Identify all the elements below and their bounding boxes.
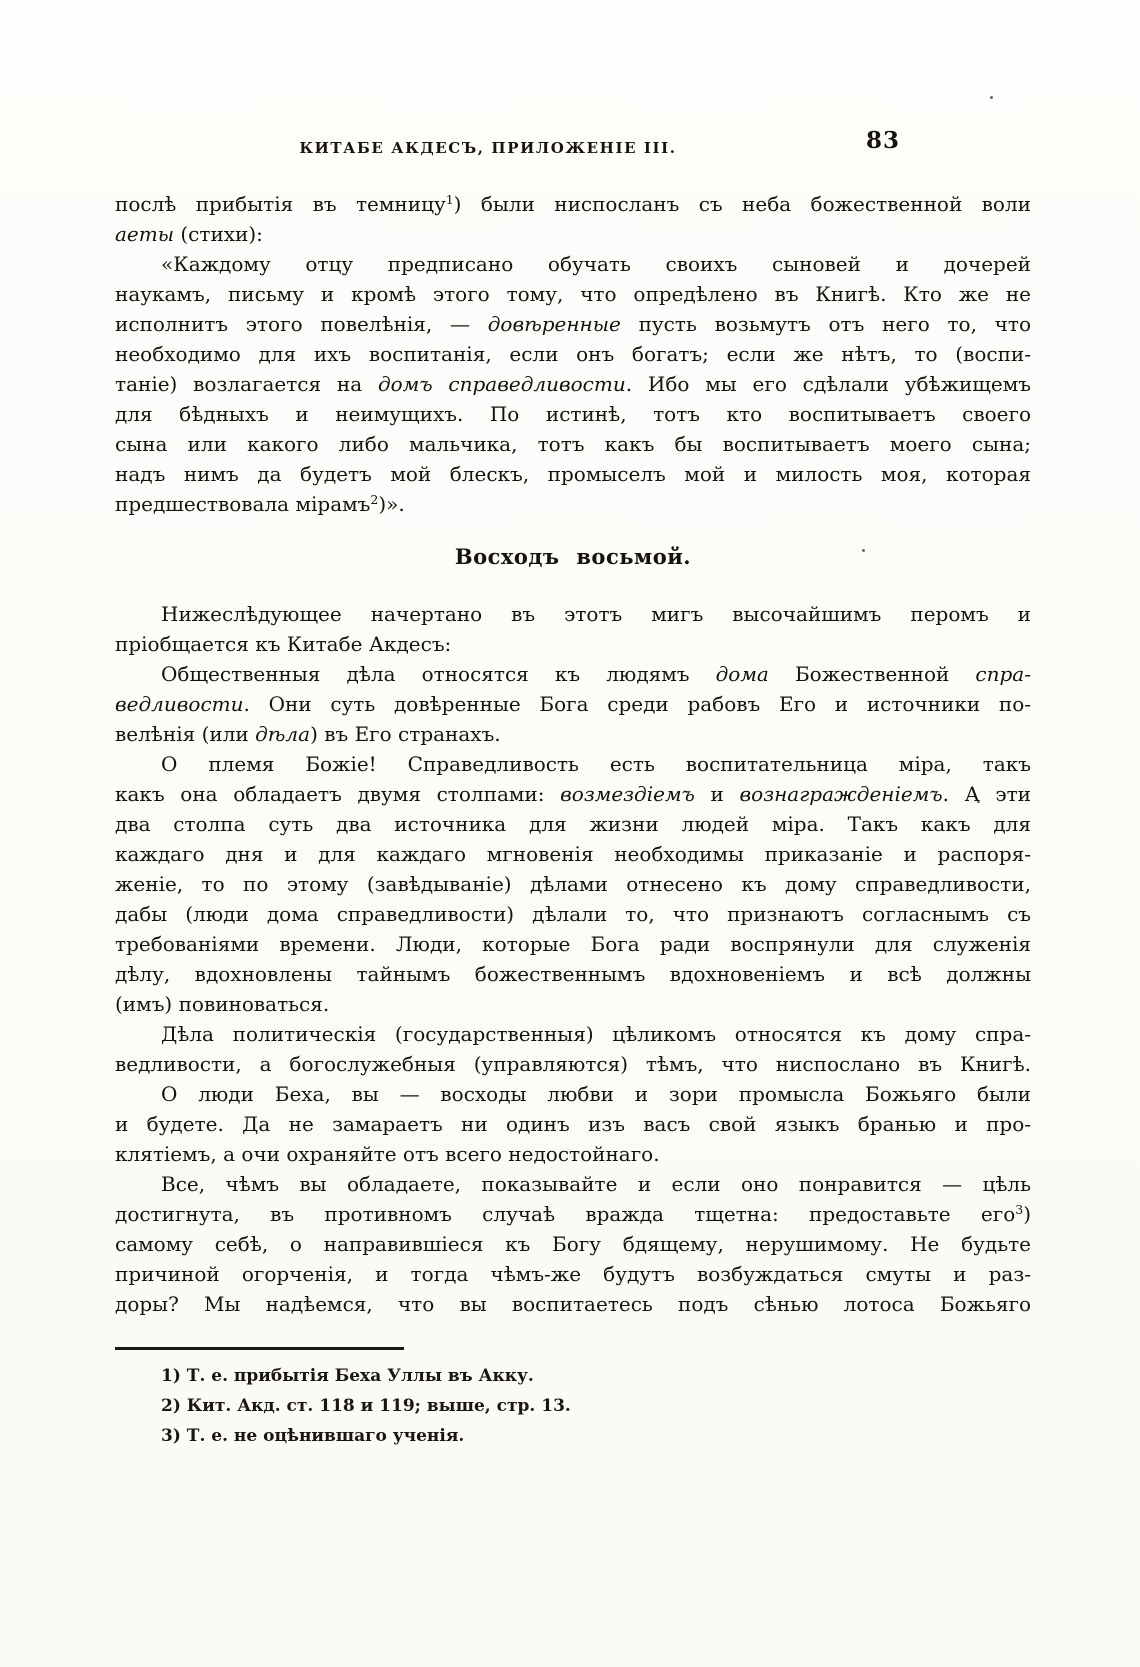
text-run: . А эти (943, 782, 1031, 806)
text-run: велѣнія (или (115, 722, 255, 746)
text-line: дѣлу, вдохновлены тайнымъ божественнымъ … (115, 959, 1031, 989)
italic-run: аеты (115, 222, 174, 246)
footnotes-section: 1) Т. е. прибытія Беха Уллы въ Акку.2) К… (115, 1347, 1031, 1451)
running-header-title: КИТАБЕ АКДЕСЪ, ПРИЛОЖЕНІЕ III. (299, 139, 676, 157)
text-run: пріобщается къ Китабе Акдесъ: (115, 632, 451, 656)
footnote: 2) Кит. Акд. ст. 118 и 119; выше, стр. 1… (115, 1391, 1031, 1421)
text-line: сына или какого либо мальчика, тотъ какъ… (115, 429, 1031, 459)
text-run: Общественныя дѣла относятся къ людямъ (161, 662, 716, 686)
text-line: для бѣдныхъ и неимущихъ. По истинѣ, тотъ… (115, 399, 1031, 429)
text-run: и (695, 782, 740, 806)
text-run: самому себѣ, о направившіеся къ Богу бдя… (115, 1232, 1031, 1256)
text-run: О племя Божіе! Справедливость есть воспи… (161, 752, 1031, 776)
text-line: дабы (люди дома справедливости) дѣлали т… (115, 899, 1031, 929)
text-run: сына или какого либо мальчика, тотъ какъ… (115, 432, 1031, 456)
scan-speck (918, 1032, 920, 1034)
text-run: таніе) возлагается на (115, 372, 378, 396)
text-line: О люди Беха, вы — восходы любви и зори п… (115, 1079, 1031, 1109)
text-line: достигнута, въ противномъ случаѣ вражда … (115, 1199, 1031, 1229)
text-run: каждаго дня и для каждаго мгновенія необ… (115, 842, 1031, 866)
paragraph: О люди Беха, вы — восходы любви и зори п… (115, 1079, 1031, 1169)
text-run: для бѣдныхъ и неимущихъ. По истинѣ, тотъ… (115, 402, 1031, 426)
text-run: послѣ прибытія въ темницу (115, 192, 446, 216)
text-run: ) были ниспосланъ съ неба божественной в… (454, 192, 1031, 216)
text-run: требованіями времени. Люди, которые Бога… (115, 932, 1031, 956)
text-line: женіе, то по этому (завѣдываніе) дѣлами … (115, 869, 1031, 899)
text-line: Нижеслѣдующее начертано въ этотъ мигъ вы… (115, 599, 1031, 629)
paragraph: «Каждому отцу предписано обучать своихъ … (115, 249, 1031, 519)
text-run: ) (1023, 1202, 1031, 1226)
scan-speck (862, 549, 865, 552)
text-line: требованіями времени. Люди, которые Бога… (115, 929, 1031, 959)
text-line: Общественныя дѣла относятся къ людямъ до… (115, 659, 1031, 689)
text-run: исполнитъ этого повелѣнія, — (115, 312, 488, 336)
text-line: каждаго дня и для каждаго мгновенія необ… (115, 839, 1031, 869)
italic-run: спра- (975, 662, 1031, 686)
text-run: Нижеслѣдующее начертано въ этотъ мигъ вы… (161, 602, 1031, 626)
text-run: пусть возьмутъ отъ него то, что (621, 312, 1031, 336)
text-run: Дѣла политическія (государственныя) цѣли… (161, 1022, 1031, 1046)
text-run: )». (378, 492, 404, 516)
text-line: какъ она обладаетъ двумя столпами: возме… (115, 779, 1031, 809)
text-run: дабы (люди дома справедливости) дѣлали т… (115, 902, 1031, 926)
text-line: ведливости, а богослужебныя (управляются… (115, 1049, 1031, 1079)
footnote: 3) Т. е. не оцѣнившаго ученія. (115, 1421, 1031, 1451)
text-line: предшествовала мірамъ2)». (115, 489, 1031, 519)
italic-run: довѣренные (488, 312, 621, 336)
footnote-ref: 1 (446, 192, 454, 207)
text-run: дѣлу, вдохновлены тайнымъ божественнымъ … (115, 962, 1031, 986)
text-line: ведливости. Они суть довѣренные Бога сре… (115, 689, 1031, 719)
text-run: два столпа суть два источника для жизни … (115, 812, 1031, 836)
text-line: таніе) возлагается на домъ справедливост… (115, 369, 1031, 399)
text-line: О племя Божіе! Справедливость есть воспи… (115, 749, 1031, 779)
text-line: Все, чѣмъ вы обладаете, показывайте и ес… (115, 1169, 1031, 1199)
section-heading: Восходъ восьмой. (115, 542, 1031, 572)
paragraph: Общественныя дѣла относятся къ людямъ до… (115, 659, 1031, 749)
italic-run: дѣла (255, 722, 310, 746)
text-line: аеты (стихи): (115, 219, 1031, 249)
text-run: и будете. Да не замараетъ ни одинъ изъ в… (115, 1112, 1031, 1136)
text-run: клятіемъ, а очи охраняйте отъ всего недо… (115, 1142, 660, 1166)
text-run: (имъ) повиноваться. (115, 992, 329, 1016)
italic-run: домъ справедливости (378, 372, 626, 396)
text-line: самому себѣ, о направившіеся къ Богу бдя… (115, 1229, 1031, 1259)
text-run: Все, чѣмъ вы обладаете, показывайте и ес… (161, 1172, 1031, 1196)
scan-speck (977, 801, 980, 803)
scanned-book-page: КИТАБЕ АКДЕСЪ, ПРИЛОЖЕНІЕ III. 83 послѣ … (0, 0, 1140, 1667)
paragraph: послѣ прибытія въ темницу1) были ниспосл… (115, 189, 1031, 249)
text-run: ) въ Его странахъ. (310, 722, 501, 746)
page-number: 83 (866, 127, 900, 154)
text-run: необходимо для ихъ воспитанія, если онъ … (115, 342, 1031, 366)
text-run: надъ нимъ да будетъ мой блескъ, промысел… (115, 462, 1031, 486)
page-body: послѣ прибытія въ темницу1) были ниспосл… (115, 189, 1031, 1319)
paragraph: Дѣла политическія (государственныя) цѣли… (115, 1019, 1031, 1079)
text-line: послѣ прибытія въ темницу1) были ниспосл… (115, 189, 1031, 219)
text-run: «Каждому отцу предписано обучать своихъ … (161, 252, 1031, 276)
footnote: 1) Т. е. прибытія Беха Уллы въ Акку. (115, 1361, 1031, 1391)
italic-run: возмездіемъ (560, 782, 695, 806)
text-run: предшествовала мірамъ (115, 492, 370, 516)
text-line: необходимо для ихъ воспитанія, если онъ … (115, 339, 1031, 369)
italic-run: дома (716, 662, 769, 686)
text-line: исполнитъ этого повелѣнія, — довѣренные … (115, 309, 1031, 339)
text-run: Божественной (769, 662, 976, 686)
text-line: и будете. Да не замараетъ ни одинъ изъ в… (115, 1109, 1031, 1139)
text-line: (имъ) повиноваться. (115, 989, 1031, 1019)
scan-speck (990, 96, 993, 99)
paragraph: Все, чѣмъ вы обладаете, показывайте и ес… (115, 1169, 1031, 1319)
italic-run: вознагражденіемъ (740, 782, 943, 806)
text-line: пріобщается къ Китабе Акдесъ: (115, 629, 1031, 659)
text-line: надъ нимъ да будетъ мой блескъ, промысел… (115, 459, 1031, 489)
text-line: наукамъ, письму и кромѣ этого тому, что … (115, 279, 1031, 309)
text-line: Дѣла политическія (государственныя) цѣли… (115, 1019, 1031, 1049)
italic-run: ведливости (115, 692, 244, 716)
text-run: женіе, то по этому (завѣдываніе) дѣлами … (115, 872, 1031, 896)
text-run: ведливости, а богослужебныя (управляются… (115, 1052, 1031, 1076)
text-line: велѣнія (или дѣла) въ Его странахъ. (115, 719, 1031, 749)
text-line: «Каждому отцу предписано обучать своихъ … (115, 249, 1031, 279)
text-line: два столпа суть два источника для жизни … (115, 809, 1031, 839)
text-run: доры? Мы надѣемся, что вы воспитаетесь п… (115, 1292, 1031, 1316)
text-run: наукамъ, письму и кромѣ этого тому, что … (115, 282, 1031, 306)
text-line: доры? Мы надѣемся, что вы воспитаетесь п… (115, 1289, 1031, 1319)
footnotes-list: 1) Т. е. прибытія Беха Уллы въ Акку.2) К… (115, 1350, 1031, 1451)
paragraph: Нижеслѣдующее начертано въ этотъ мигъ вы… (115, 599, 1031, 659)
text-run: . Они суть довѣренные Бога среди рабовъ … (244, 692, 1032, 716)
text-run: причиной огорченія, и тогда чѣмъ-же буду… (115, 1262, 1031, 1286)
text-line: клятіемъ, а очи охраняйте отъ всего недо… (115, 1139, 1031, 1169)
text-run: какъ она обладаетъ двумя столпами: (115, 782, 560, 806)
paragraph: О племя Божіе! Справедливость есть воспи… (115, 749, 1031, 1019)
text-line: причиной огорченія, и тогда чѣмъ-же буду… (115, 1259, 1031, 1289)
text-run: достигнута, въ противномъ случаѣ вражда … (115, 1202, 1015, 1226)
text-run: . Ибо мы его сдѣлали убѣжищемъ (626, 372, 1031, 396)
text-run: О люди Беха, вы — восходы любви и зори п… (161, 1082, 1031, 1106)
footnote-ref: 3 (1015, 1202, 1023, 1217)
text-run: (стихи): (174, 222, 263, 246)
